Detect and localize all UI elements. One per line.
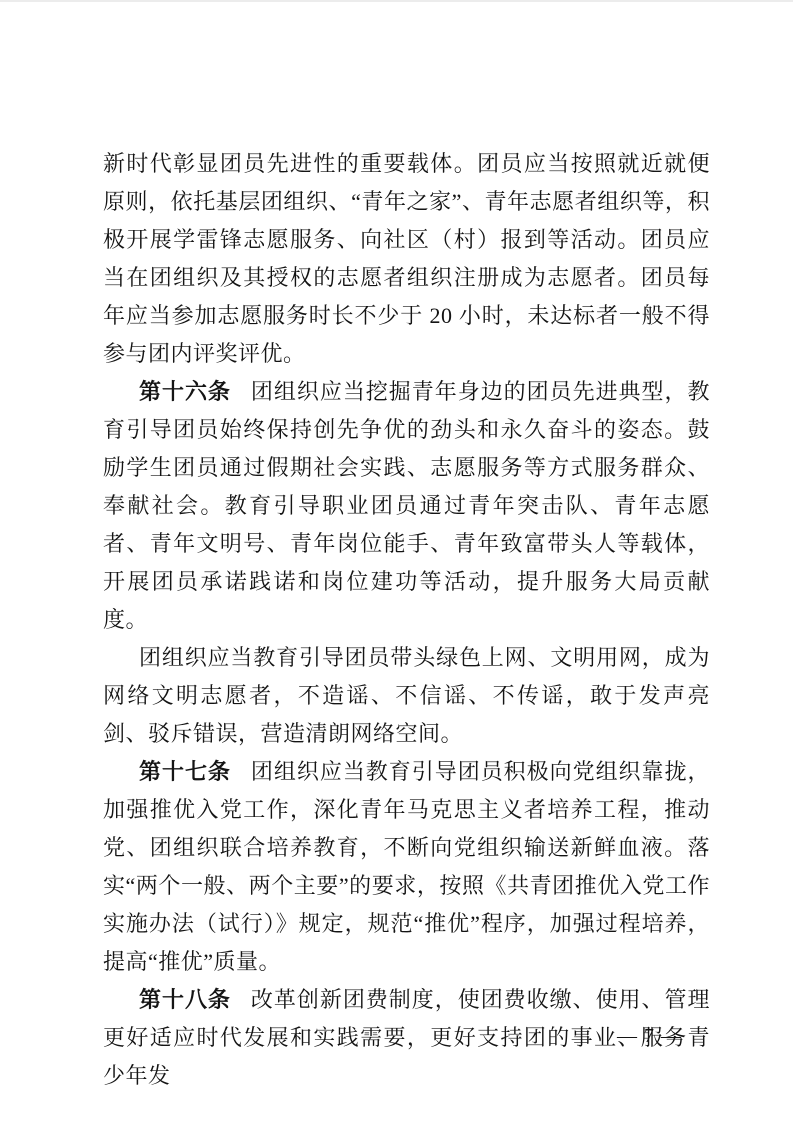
document-body: 新时代彰显团员先进性的重要载体。团员应当按照就近就便原则，依托基层团组织、“青年… [103, 145, 710, 1095]
page-number: — 7 — [617, 1024, 682, 1048]
article-number: 第十六条 [139, 379, 231, 404]
paragraph-text: 团组织应当教育引导团员带头绿色上网、文明用网，成为网络文明志愿者，不造谣、不信谣… [103, 645, 710, 746]
article-number: 第十七条 [139, 759, 231, 784]
paragraph-text: 新时代彰显团员先进性的重要载体。团员应当按照就近就便原则，依托基层团组织、“青年… [103, 151, 710, 366]
scan-edge-line [0, 0, 793, 2]
paragraph-text: 团组织应当挖掘青年身边的团员先进典型，教育引导团员始终保持创先争优的劲头和永久奋… [103, 379, 710, 632]
paragraph: 团组织应当教育引导团员带头绿色上网、文明用网，成为网络文明志愿者，不造谣、不信谣… [103, 639, 710, 753]
paragraph-text: 团组织应当教育引导团员积极向党组织靠拢，加强推优入党工作，深化青年马克思主义者培… [103, 759, 710, 974]
article-number: 第十八条 [139, 987, 231, 1012]
paragraph: 第十七条团组织应当教育引导团员积极向党组织靠拢，加强推优入党工作，深化青年马克思… [103, 753, 710, 981]
paragraph: 新时代彰显团员先进性的重要载体。团员应当按照就近就便原则，依托基层团组织、“青年… [103, 145, 710, 373]
paragraph: 第十六条团组织应当挖掘青年身边的团员先进典型，教育引导团员始终保持创先争优的劲头… [103, 373, 710, 639]
